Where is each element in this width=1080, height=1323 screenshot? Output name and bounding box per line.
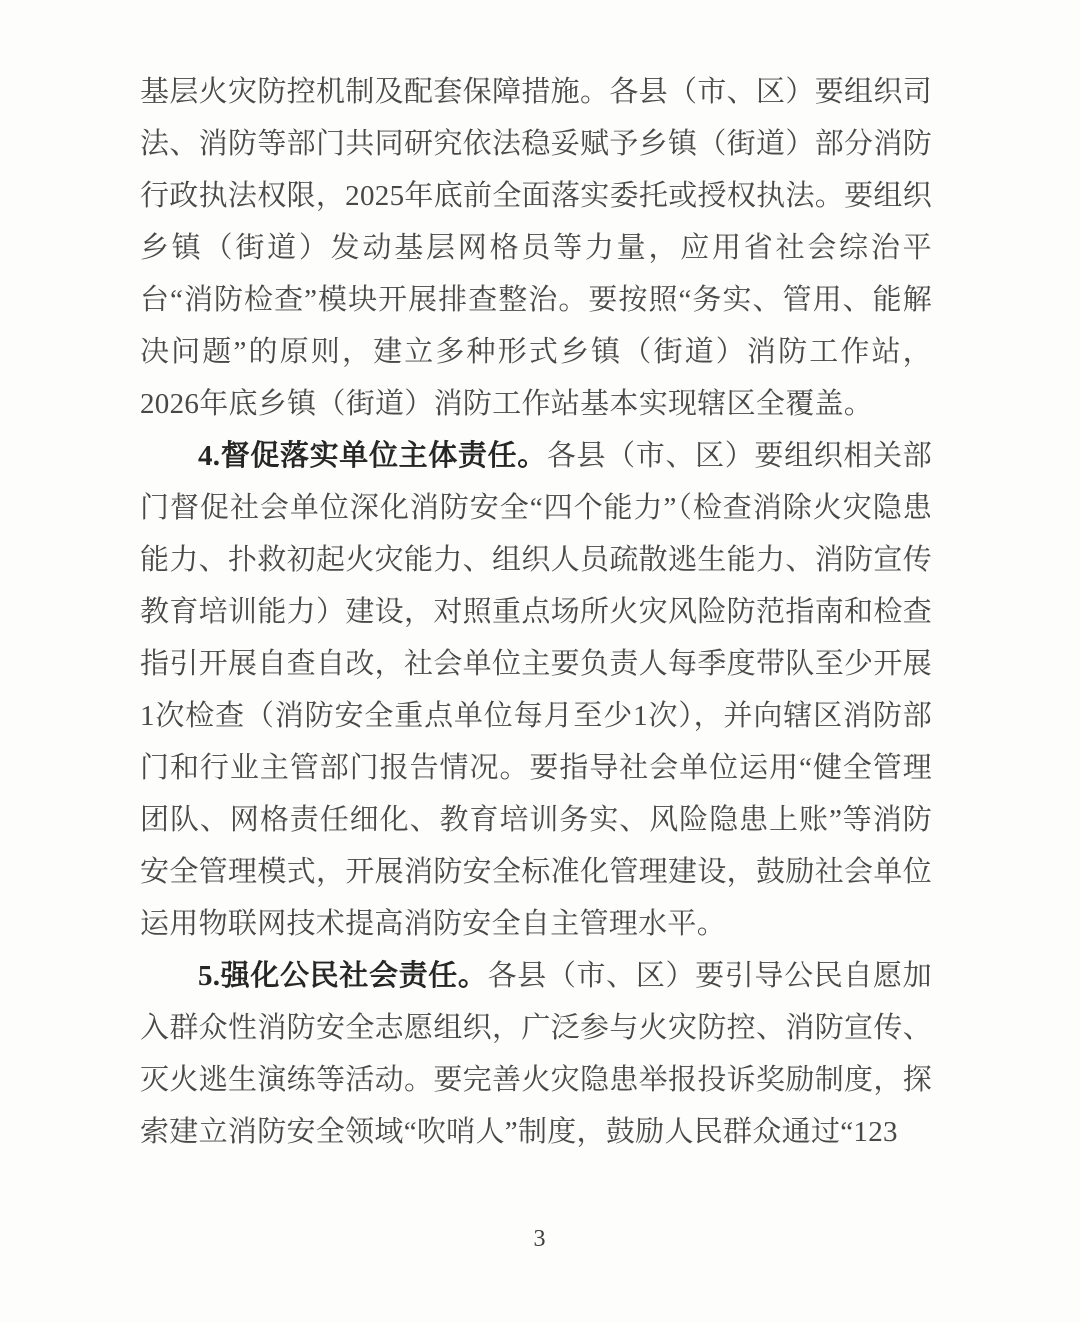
page-number: 3 xyxy=(0,1226,1080,1253)
paragraph-heading: 5.强化公民社会责任。 xyxy=(198,960,488,992)
paragraph-text: 基层火灾防控机制及配套保障措施。各县（市、区）要组织司法、消防等部门共同研究依法… xyxy=(140,76,932,420)
document-page: 基层火灾防控机制及配套保障措施。各县（市、区）要组织司法、消防等部门共同研究依法… xyxy=(0,0,1080,1323)
document-body: 基层火灾防控机制及配套保障措施。各县（市、区）要组织司法、消防等部门共同研究依法… xyxy=(140,66,932,1158)
paragraph-item-5: 5.强化公民社会责任。各县（市、区）要引导公民自愿加入群众性消防安全志愿组织，广… xyxy=(140,950,932,1158)
paragraph-item-4: 4.督促落实单位主体责任。各县（市、区）要组织相关部门督促社会单位深化消防安全“… xyxy=(140,430,932,950)
paragraph-continuation: 基层火灾防控机制及配套保障措施。各县（市、区）要组织司法、消防等部门共同研究依法… xyxy=(140,66,932,430)
paragraph-text: 各县（市、区）要组织相关部门督促社会单位深化消防安全“四个能力”（检查消除火灾隐… xyxy=(140,440,932,940)
paragraph-heading: 4.督促落实单位主体责任。 xyxy=(198,440,547,472)
